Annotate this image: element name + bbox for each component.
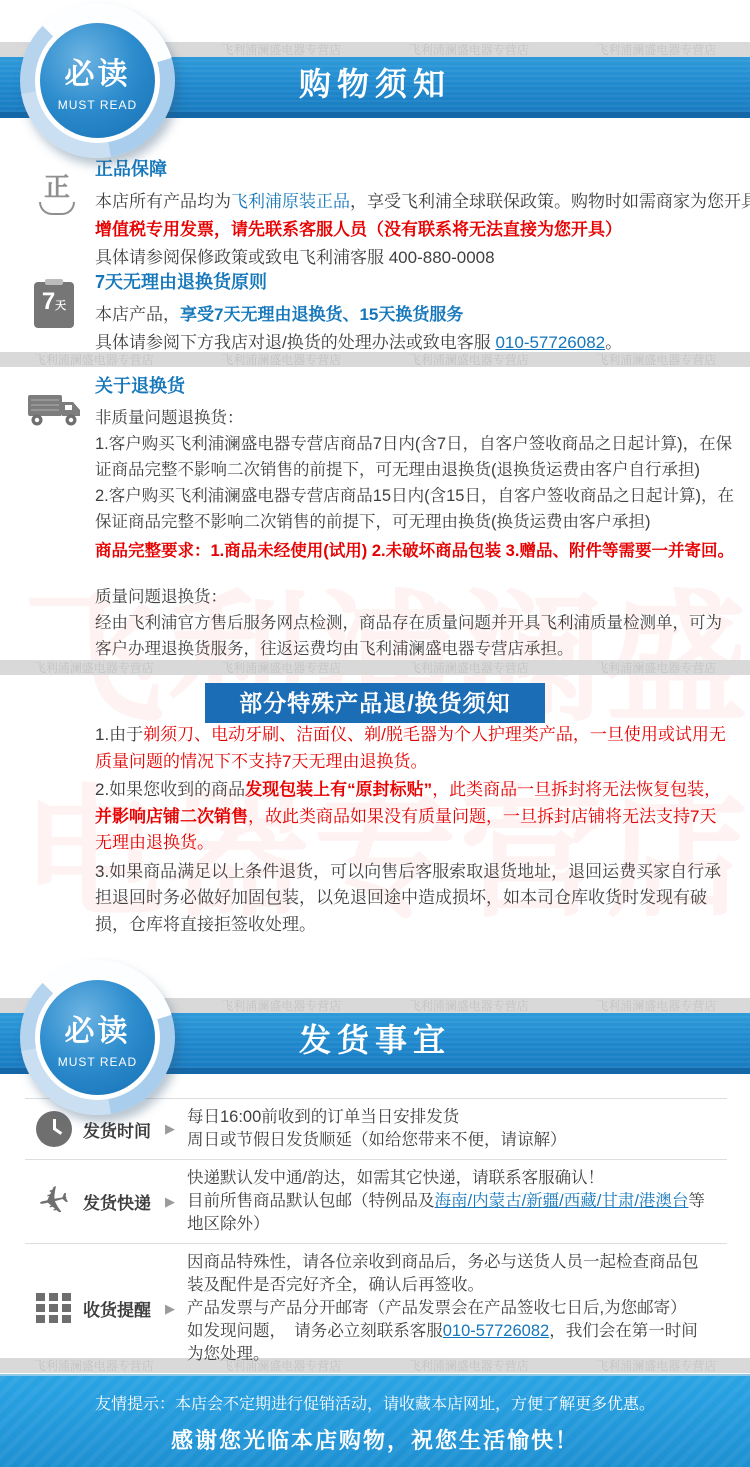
text-link[interactable]: 010-57726082 (495, 333, 605, 352)
watermark-text: 飞利浦澜盛电器专营店 (221, 998, 341, 1013)
special-item: 3.如果商品满足以上条件退货，可以向售后客服索取退货地址，退回运费买家自行承担退… (95, 859, 729, 939)
clock-icon (25, 1111, 83, 1147)
arrow-right-icon: ▶ (165, 1121, 187, 1137)
text-link[interactable]: 010-57726082 (443, 1322, 549, 1340)
text-segment: 2.如果您收到的商品 (95, 780, 245, 799)
grid-icon (25, 1293, 83, 1325)
text-segment: 发现包装上有“原封标贴” (245, 780, 432, 799)
shipping-line: 周日或节假日发货顺延（如给您带来不便，请谅解） (187, 1129, 707, 1152)
watermark-band: 飞利浦澜盛电器专营店飞利浦澜盛电器专营店飞利浦澜盛电器专营店飞利浦澜盛电器专营店 (0, 660, 750, 675)
watermark-text: 飞利浦澜盛电器专营店 (596, 42, 716, 57)
plane-icon: ✈ (25, 1183, 83, 1221)
special-products-list: 1.由于剃须刀、电动牙刷、洁面仪、剃/脱毛器为个人护理类产品，一旦使用或试用无质… (95, 722, 729, 940)
shipping-line: 快递默认发中通/韵达，如需其它快递，请联系客服确认！ (187, 1167, 707, 1190)
row-label: 收货提醒 (83, 1296, 165, 1321)
badge-core: 必读 MUST READ (40, 980, 155, 1095)
row-content: 快递默认发中通/韵达，如需其它快递，请联系客服确认！ 目前所售商品默认包邮（特例… (187, 1167, 707, 1236)
text-segment: 具体请参阅保修政策或致电飞利浦客服 400-880-0008 (95, 248, 495, 267)
text-segment: 剃须刀、电动牙刷、洁面仪、剃/脱毛器为个人护理类产品，一旦使用或试用无质量问题的… (95, 725, 726, 771)
section-title: 7天无理由退换货原则 (95, 268, 730, 294)
section-line: 具体请参阅下方我店对退/换货的处理办法或致电客服 010-57726082。 (95, 329, 730, 357)
returns-para: 非质量问题退换货： (95, 405, 735, 431)
hands-shape (39, 202, 75, 215)
row-label: 发货时间 (83, 1117, 165, 1142)
watermark-text: 飞利浦澜盛电器专营店 (409, 998, 529, 1013)
text-segment: 2.客户购买飞利浦澜盛电器专营店商品15日内(含15日，自客户签收商品之日起计算… (95, 487, 734, 531)
section-title: 关于退换货 (95, 372, 735, 398)
truck-icon (26, 390, 84, 435)
watermark-text: 飞利浦澜盛电器专营店 (221, 660, 341, 675)
watermark-text: 飞利浦澜盛电器专营店 (221, 42, 341, 57)
text-segment: ，享受飞利浦全球联保政策。购物时如需商家为您开具 (350, 192, 750, 211)
shipping-row-express: ✈ 发货快递 ▶ 快递默认发中通/韵达，如需其它快递，请联系客服确认！ 目前所售… (25, 1160, 727, 1244)
row-content: 因商品特殊性，请各位亲收到商品后，务必与送货人员一起检查商品包装及配件是否完好齐… (187, 1251, 707, 1366)
section-authentic: 正品保障 本店所有产品均为飞利浦原装正品，享受飞利浦全球联保政策。购物时如需商家… (95, 155, 730, 272)
section-line: 增值税专用发票，请先联系客服人员（没有联系将无法直接为您开具） (95, 216, 730, 244)
badge-text-en: MUST READ (58, 1055, 137, 1069)
text-segment: 质量问题退换货： (95, 588, 227, 606)
shipping-line: 目前所售商品默认包邮（特例品及海南/内蒙古/新疆/西藏/甘肃/港澳台等地区除外） (187, 1190, 707, 1236)
text-segment: 每日16:00前收到的订单当日安排发货 (187, 1108, 459, 1126)
text-segment: 经由飞利浦官方售后服务网点检测，商品存在质量问题并开具飞利浦质量检测单，可为客户… (95, 614, 722, 658)
shipping-line: 如发现问题， 请务必立刻联系客服010-57726082，我们会在第一时间为您处… (187, 1320, 707, 1366)
text-segment: ，此类商品一旦拆封将无法恢复包装， (432, 780, 721, 799)
text-segment: （没有联系将无法直接为您开具） (367, 220, 622, 239)
text-segment: 增值税专用发票 (95, 220, 214, 239)
section-title: 正品保障 (95, 155, 730, 181)
text-segment: 周日或节假日发货顺延（如给您带来不便，请谅解） (187, 1131, 567, 1149)
shipping-info-table: 发货时间 ▶ 每日16:00前收到的订单当日安排发货 周日或节假日发货顺延（如给… (25, 1098, 727, 1373)
row-label: 发货快递 (83, 1189, 165, 1214)
shipping-line: 产品发票与产品分开邮寄（产品发票会在产品签收七日后,为您邮寄） (187, 1297, 707, 1320)
text-segment: 非质量问题退换货： (95, 409, 244, 427)
returns-requirement: 商品完整要求：1.商品未经使用(试用) 2.未破坏商品包装 3.赠品、附件等需要… (95, 538, 735, 564)
footer-banner: 友情提示：本店会不定期进行促销活动，请收藏本店网址，方便了解更多优惠。 感谢您光… (0, 1374, 750, 1467)
special-item: 2.如果您收到的商品发现包装上有“原封标贴”，此类商品一旦拆封将无法恢复包装，并… (95, 777, 729, 857)
zheng-char: 正 (44, 174, 70, 200)
badge-core: 必读 MUST READ (40, 23, 155, 138)
zheng-hands-icon: 正 (34, 174, 80, 215)
shipping-line: 因商品特殊性，请各位亲收到商品后，务必与送货人员一起检查商品包装及配件是否完好齐… (187, 1251, 707, 1297)
footer-thanks: 感谢您光临本店购物，祝您生活愉快！ (0, 1424, 750, 1455)
section-seven-day: 7天无理由退换货原则 本店产品，享受7天无理由退换货、15天换货服务 具体请参阅… (95, 268, 730, 357)
text-segment: 本店所有产品均为 (95, 192, 231, 211)
special-item: 1.由于剃须刀、电动牙刷、洁面仪、剃/脱毛器为个人护理类产品，一旦使用或试用无质… (95, 722, 729, 775)
shipping-row-receive: 收货提醒 ▶ 因商品特殊性，请各位亲收到商品后，务必与送货人员一起检查商品包装及… (25, 1244, 727, 1373)
seven-unit: 天 (55, 297, 66, 313)
must-read-badge: 必读 MUST READ (20, 960, 175, 1115)
footer-tip: 友情提示：本店会不定期进行促销活动，请收藏本店网址，方便了解更多优惠。 (0, 1391, 750, 1414)
watermark-text: 飞利浦澜盛电器专营店 (596, 998, 716, 1013)
text-link[interactable]: 海南/内蒙古/新疆/西藏/甘肃/港澳台 (435, 1192, 689, 1210)
special-products-banner: 部分特殊产品退/换货须知 (205, 683, 545, 723)
page: 飞利浦澜盛 电器专营店 飞利浦澜盛电器专营店飞利浦澜盛电器专营店飞利浦澜盛电器专… (0, 0, 750, 1467)
text-segment: 飞利浦原装正品 (231, 192, 350, 211)
seven-num: 7 (42, 290, 55, 314)
arrow-right-icon: ▶ (165, 1194, 187, 1210)
arrow-right-icon: ▶ (165, 1301, 187, 1317)
section-returns: 关于退换货 非质量问题退换货： 1.客户购买飞利浦澜盛电器专营店商品7日内(含7… (95, 372, 735, 662)
watermark-text: 飞利浦澜盛电器专营店 (409, 42, 529, 57)
text-segment: 享受7天无理由退换货、15天换货服务 (180, 305, 463, 324)
calendar-7day-icon: 7天 (34, 282, 74, 328)
text-segment: 1.客户购买飞利浦澜盛电器专营店商品7日内(含7日，自客户签收商品之日起计算)，… (95, 435, 732, 479)
shipping-line: 每日16:00前收到的订单当日安排发货 (187, 1106, 707, 1129)
returns-para: 经由飞利浦官方售后服务网点检测，商品存在质量问题并开具飞利浦质量检测单，可为客户… (95, 610, 735, 662)
text-segment: 如发现问题， 请务必立刻联系客服 (187, 1322, 443, 1340)
badge-text-zh: 必读 (65, 49, 131, 93)
text-segment: 产品发票与产品分开邮寄（产品发票会在产品签收七日后,为您邮寄） (187, 1299, 687, 1317)
watermark-text: 飞利浦澜盛电器专营店 (34, 660, 154, 675)
returns-para: 质量问题退换货： (95, 584, 735, 610)
must-read-badge: 必读 MUST READ (20, 3, 175, 158)
watermark-text: 飞利浦澜盛电器专营店 (409, 660, 529, 675)
text-segment: 快递默认发中通/韵达，如需其它快递，请联系客服确认！ (187, 1169, 604, 1187)
row-content: 每日16:00前收到的订单当日安排发货 周日或节假日发货顺延（如给您带来不便，请… (187, 1106, 707, 1152)
text-segment: ，请先联系客服人员 (214, 220, 367, 239)
returns-para: 1.客户购买飞利浦澜盛电器专营店商品7日内(含7日，自客户签收商品之日起计算)，… (95, 431, 735, 483)
watermark-text: 飞利浦澜盛电器专营店 (596, 660, 716, 675)
text-segment: 并影响店铺二次销售 (95, 807, 248, 826)
section-line: 本店产品，享受7天无理由退换货、15天换货服务 (95, 301, 730, 329)
text-segment: 具体请参阅下方我店对退/换货的处理办法或致电客服 (95, 333, 495, 352)
returns-para: 2.客户购买飞利浦澜盛电器专营店商品15日内(含15日，自客户签收商品之日起计算… (95, 483, 735, 535)
text-segment: 1.由于 (95, 725, 143, 744)
text-segment: 因商品特殊性，请各位亲收到商品后，务必与送货人员一起检查商品包装及配件是否完好齐… (187, 1253, 699, 1294)
section-line: 本店所有产品均为飞利浦原装正品，享受飞利浦全球联保政策。购物时如需商家为您开具 (95, 188, 730, 216)
text-segment: 。 (605, 333, 622, 352)
badge-text-en: MUST READ (58, 98, 137, 112)
text-segment: 本店产品， (95, 305, 180, 324)
text-segment: 商品完整要求：1.商品未经使用(试用) 2.未破坏商品包装 3.赠品、附件等需要… (95, 542, 734, 560)
badge-text-zh: 必读 (65, 1006, 131, 1050)
text-segment: 3.如果商品满足以上条件退货，可以向售后客服索取退货地址，退回运费买家自行承担退… (95, 862, 721, 934)
text-segment: 目前所售商品默认包邮（特例品及 (187, 1192, 435, 1210)
